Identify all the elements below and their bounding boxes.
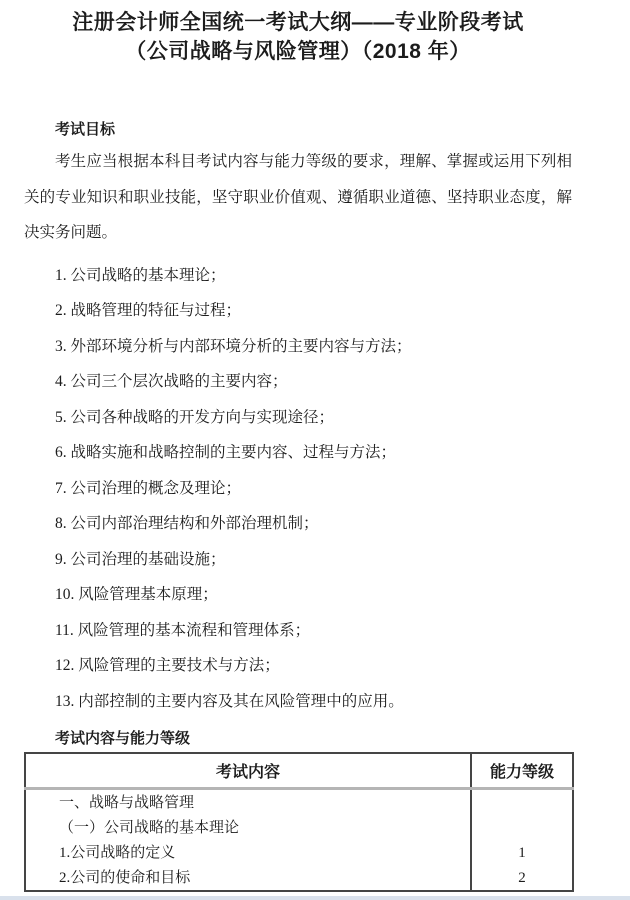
exam-objectives-paragraph: 考生应当根据本科目考试内容与能力等级的要求，理解、掌握或运用下列相关的专业知识和… (24, 144, 572, 251)
objective-item-13: 13. 内部控制的主要内容及其在风险管理中的应用。 (24, 684, 572, 720)
objective-item-7: 7. 公司治理的概念及理论； (24, 471, 572, 507)
row-grade (471, 815, 573, 840)
objective-item-1: 1. 公司战略的基本理论； (24, 258, 572, 294)
table-row: （一）公司战略的基本理论 (25, 815, 573, 840)
objective-item-10: 10. 风险管理基本原理； (24, 577, 572, 613)
exam-objectives-list: 1. 公司战略的基本理论； 2. 战略管理的特征与过程； 3. 外部环境分析与内… (24, 258, 572, 720)
row-content: 2.公司的使命和目标 (25, 865, 471, 891)
objective-item-3: 3. 外部环境分析与内部环境分析的主要内容与方法； (24, 329, 572, 365)
objective-item-2: 2. 战略管理的特征与过程； (24, 293, 572, 329)
document-title: 注册会计师全国统一考试大纲——专业阶段考试 （公司战略与风险管理）（2018 年… (24, 8, 572, 66)
row-grade: 1 (471, 840, 573, 865)
column-header-exam-content: 考试内容 (25, 753, 471, 789)
row-content: 1.公司战略的定义 (25, 840, 471, 865)
objective-item-8: 8. 公司内部治理结构和外部治理机制； (24, 506, 572, 542)
scan-bottom-edge (0, 896, 630, 900)
row-content: 一、战略与战略管理 (25, 789, 471, 816)
objective-item-11: 11. 风险管理的基本流程和管理体系； (24, 613, 572, 649)
row-content: （一）公司战略的基本理论 (25, 815, 471, 840)
table-header-row: 考试内容 能力等级 (25, 753, 573, 789)
row-grade: 2 (471, 865, 573, 891)
document-content: 注册会计师全国统一考试大纲——专业阶段考试 （公司战略与风险管理）（2018 年… (0, 0, 630, 892)
objective-item-4: 4. 公司三个层次战略的主要内容； (24, 364, 572, 400)
exam-objectives-heading: 考试目标 (24, 122, 572, 138)
objective-item-9: 9. 公司治理的基础设施； (24, 542, 572, 578)
column-header-ability-level: 能力等级 (471, 753, 573, 789)
document-title-line1: 注册会计师全国统一考试大纲——专业阶段考试 (72, 11, 524, 34)
objective-item-5: 5. 公司各种战略的开发方向与实现途径； (24, 400, 572, 436)
document-page: 注册会计师全国统一考试大纲——专业阶段考试 （公司战略与风险管理）（2018 年… (0, 0, 630, 900)
exam-content-heading: 考试内容与能力等级 (24, 731, 572, 747)
document-title-line2: （公司战略与风险管理）（2018 年） (125, 40, 471, 63)
table-row: 一、战略与战略管理 (25, 789, 573, 816)
objective-item-6: 6. 战略实施和战略控制的主要内容、过程与方法； (24, 435, 572, 471)
table-row: 2.公司的使命和目标 2 (25, 865, 573, 891)
row-grade (471, 789, 573, 816)
table-row: 1.公司战略的定义 1 (25, 840, 573, 865)
objective-item-12: 12. 风险管理的主要技术与方法； (24, 648, 572, 684)
exam-content-grade-table: 考试内容 能力等级 一、战略与战略管理 （一）公司战略的基本理论 1.公司战略的… (24, 752, 574, 892)
